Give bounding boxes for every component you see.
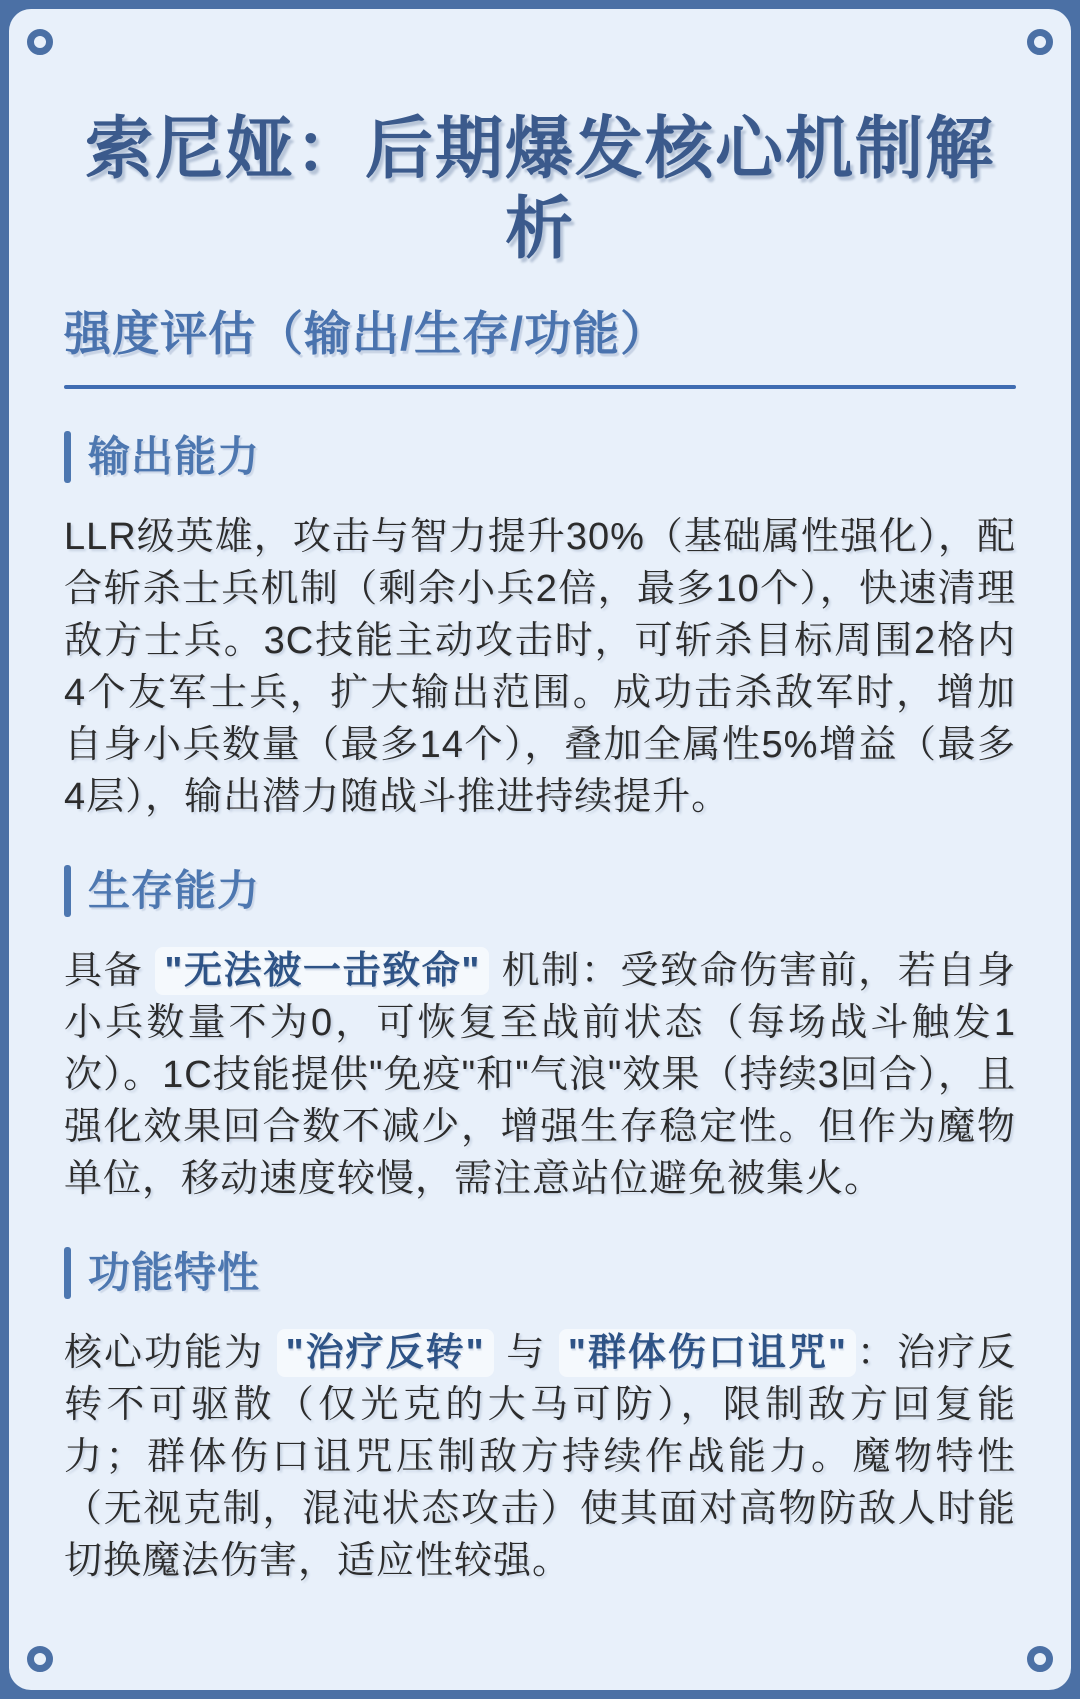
paragraph-survival: 具备 "无法被一击致命" 机制：受致命伤害前，若自身小兵数量不为0，可恢复至战前… (64, 945, 1016, 1205)
highlight-term: "无法被一击致命" (155, 947, 489, 995)
page-title: 索尼娅：后期爆发核心机制解析 (64, 109, 1016, 269)
paragraph-utility: 核心功能为 "治疗反转" 与 "群体伤口诅咒"：治疗反转不可驱散（仅光克的大马可… (64, 1327, 1016, 1587)
corner-ring-top-left-icon (27, 29, 53, 55)
poster-frame: { "colors": { "frame_blue": "#4b70a5", "… (0, 0, 1080, 1699)
text-run: 与 (494, 1332, 559, 1374)
heading-bar (64, 1247, 71, 1299)
subsection-heading-utility: 功能特性 (64, 1245, 1016, 1301)
card: 索尼娅：后期爆发核心机制解析 强度评估（输出/生存/功能） 输出能力 LLR级英… (9, 9, 1071, 1690)
subsection-heading-output: 输出能力 (64, 429, 1016, 485)
text-run: 核心功能为 (64, 1332, 277, 1374)
text-run: 具备 (64, 950, 155, 992)
corner-ring-bottom-left-icon (27, 1646, 53, 1672)
subsection-heading-label: 生存能力 (88, 863, 260, 919)
corner-ring-bottom-right-icon (1027, 1646, 1053, 1672)
subsection-heading-survival: 生存能力 (64, 863, 1016, 919)
text-run: LLR级英雄，攻击与智力提升30%（基础属性强化），配合斩杀士兵机制（剩余小兵2… (64, 516, 1016, 818)
corner-ring-top-right-icon (1027, 29, 1053, 55)
section-divider (64, 385, 1016, 389)
paragraph-output: LLR级英雄，攻击与智力提升30%（基础属性强化），配合斩杀士兵机制（剩余小兵2… (64, 511, 1016, 823)
content-column: 索尼娅：后期爆发核心机制解析 强度评估（输出/生存/功能） 输出能力 LLR级英… (9, 109, 1071, 1587)
heading-bar (64, 865, 71, 917)
subsection-heading-label: 功能特性 (88, 1245, 260, 1301)
heading-bar (64, 431, 71, 483)
subsection-heading-label: 输出能力 (88, 429, 260, 485)
section-heading: 强度评估（输出/生存/功能） (64, 305, 1016, 363)
highlight-term: "群体伤口诅咒" (559, 1329, 856, 1377)
highlight-term: "治疗反转" (277, 1329, 494, 1377)
